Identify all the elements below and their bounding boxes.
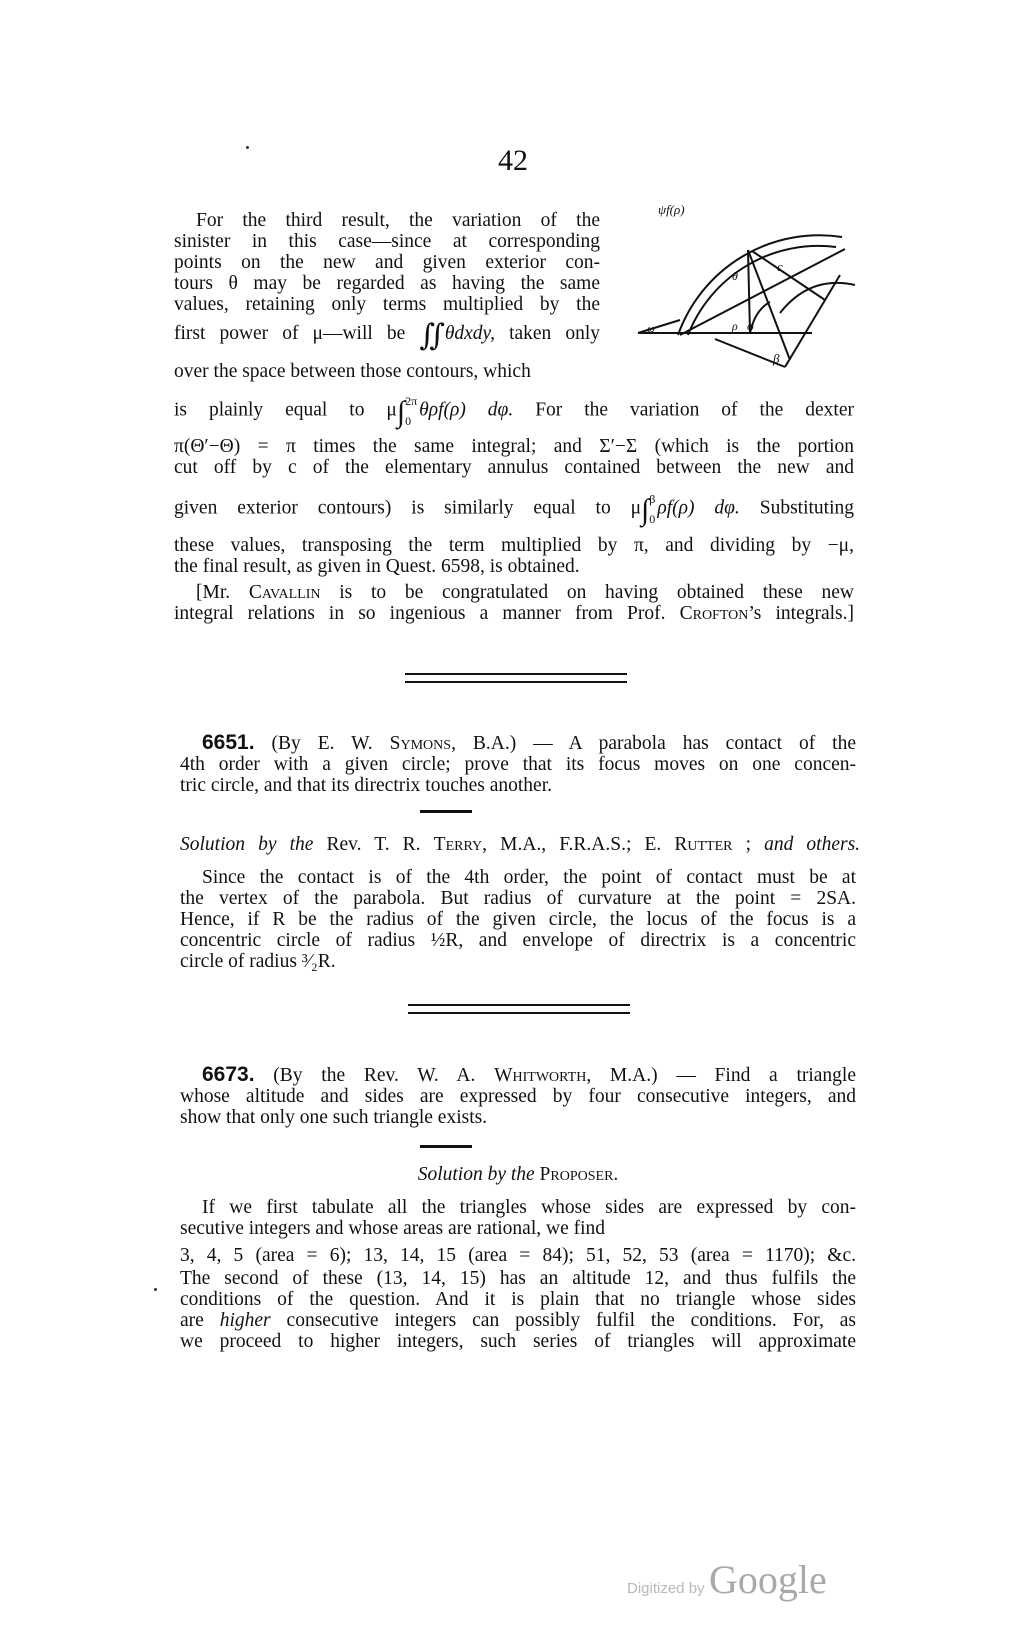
section-divider	[408, 1004, 630, 1014]
text: For the variation of the dexter	[535, 399, 854, 420]
fig-label-omega: ω	[647, 323, 655, 335]
problem-6651-solution-header: Solution by the Rev. T. R. Terry, M.A., …	[180, 834, 860, 855]
text-line: The second of these (13, 14, 15) has an …	[180, 1268, 856, 1289]
text-line: tric circle, and that its directrix touc…	[180, 775, 856, 796]
geometry-figure: ψf(ρ) θ c ρ φ ω β	[630, 205, 860, 385]
integral-symbol: ∫	[397, 395, 405, 428]
section1-line7: over the space between those contours, w…	[174, 361, 600, 382]
math-expr: θρf(ρ) dφ.	[419, 399, 513, 420]
section1-conclusion: these values, transposing the term multi…	[174, 535, 854, 577]
text: given exterior contours) is similarly eq…	[174, 497, 641, 518]
text-line: circle of radius ³⁄₂R.	[180, 951, 856, 972]
short-divider	[420, 810, 472, 813]
editor-note: [Mr. Cavallin is to be congratulated on …	[174, 582, 854, 624]
solver-name: Terry	[434, 834, 482, 855]
section1-line11: given exterior contours) is similarly eq…	[174, 493, 854, 525]
person-name: Crofton	[680, 603, 749, 624]
math-expr: θdxdy,	[445, 323, 495, 344]
text-line: secutive integers and whose areas are ra…	[180, 1218, 856, 1239]
problem-6673-solution-body: If we first tabulate all the triangles w…	[180, 1197, 856, 1239]
integral-limits: β0	[649, 493, 655, 525]
text-line: these values, transposing the term multi…	[174, 535, 854, 556]
text-line: If we first tabulate all the triangles w…	[180, 1197, 856, 1218]
text-line: 3, 4, 5 (area = 6); 13, 14, 15 (area = 8…	[180, 1245, 856, 1266]
integral-limits: 2π0	[405, 395, 417, 427]
person-name: Cavallin	[249, 582, 321, 603]
google-logo-text: Google	[709, 1557, 827, 1602]
text-line: For the third result, the variation of t…	[174, 210, 600, 231]
problem-number: 6651.	[202, 731, 255, 754]
text-line: over the space between those contours, w…	[174, 361, 600, 382]
fig-label-theta: θ	[732, 269, 738, 283]
problem-6673-solution-body-cont: The second of these (13, 14, 15) has an …	[180, 1268, 856, 1352]
text-line: Hence, if R be the radius of the given c…	[180, 909, 856, 930]
problem-6673-statement: 6673. (By the Rev. W. A. Whitworth, M.A.…	[180, 1064, 856, 1128]
short-divider	[420, 1145, 472, 1148]
text-line: we proceed to higher integers, such seri…	[180, 1331, 856, 1352]
text-line: cut off by c of the elementary annulus c…	[174, 457, 854, 478]
fig-label-c: c	[777, 259, 783, 274]
section1-line8: is plainly equal to μ∫2π0θρf(ρ) dφ. For …	[174, 395, 854, 427]
section1-integral-line: first power of μ—will be ∬θdxdy, taken o…	[174, 323, 600, 346]
solver-name: Rutter	[674, 834, 732, 855]
text: Substituting	[760, 497, 854, 518]
section-divider	[405, 673, 627, 683]
math-expr: ρf(ρ) dφ.	[657, 497, 739, 518]
solver-name: Proposer.	[540, 1164, 619, 1185]
text-line: 4th order with a given circle; prove tha…	[180, 754, 856, 775]
text-line: Since the contact is of the 4th order, t…	[180, 867, 856, 888]
text-line: values, retaining only terms multiplied …	[174, 294, 600, 315]
section1-lines9-10: π(Θ′−Θ) = π times the same integral; and…	[174, 436, 854, 478]
text-line: the vertex of the parabola. But radius o…	[180, 888, 856, 909]
problem-number: 6673.	[202, 1063, 255, 1086]
digitized-watermark: Digitized by Google	[627, 1556, 827, 1603]
text-line: the final result, as given in Quest. 659…	[174, 556, 854, 577]
author-name: Symons	[390, 733, 451, 754]
double-integral-symbol: ∬	[419, 319, 445, 352]
fig-label-phi: φ	[747, 319, 754, 333]
author-name: Whitworth	[494, 1065, 586, 1086]
fig-label-rho: ρ	[731, 319, 738, 333]
text-line: π(Θ′−Θ) = π times the same integral; and…	[174, 436, 854, 457]
text-line: concentric circle of radius ½R, and enve…	[180, 930, 856, 951]
page-number: 42	[498, 144, 528, 178]
fig-label-beta: β	[772, 351, 780, 366]
scan-speck	[246, 146, 249, 149]
integral-symbol: ∫	[641, 493, 649, 526]
text-line: sinister in this case—since at correspon…	[174, 231, 600, 252]
scan-speck	[154, 1288, 157, 1291]
triangle-list: 3, 4, 5 (area = 6); 13, 14, 15 (area = 8…	[180, 1245, 856, 1266]
text-line: show that only one such triangle exists.	[180, 1107, 856, 1128]
problem-6651-solution-body: Since the contact is of the 4th order, t…	[180, 867, 856, 972]
text: first power of μ—will be	[174, 323, 405, 344]
text: is plainly equal to μ	[174, 399, 397, 420]
text-line: tours θ may be regarded as having the sa…	[174, 273, 600, 294]
fig-label-top: ψf(ρ)	[658, 205, 685, 217]
text: taken only	[509, 323, 600, 344]
text-line: conditions of the question. And it is pl…	[180, 1289, 856, 1310]
text-line: whose altitude and sides are expressed b…	[180, 1086, 856, 1107]
problem-6651-statement: 6651. (By E. W. Symons, B.A.) — A parabo…	[180, 732, 856, 796]
text-line: points on the new and given exterior con…	[174, 252, 600, 273]
section1-narrow-text: For the third result, the variation of t…	[174, 210, 600, 315]
problem-6673-solution-header: Solution by the Proposer.	[180, 1164, 856, 1185]
